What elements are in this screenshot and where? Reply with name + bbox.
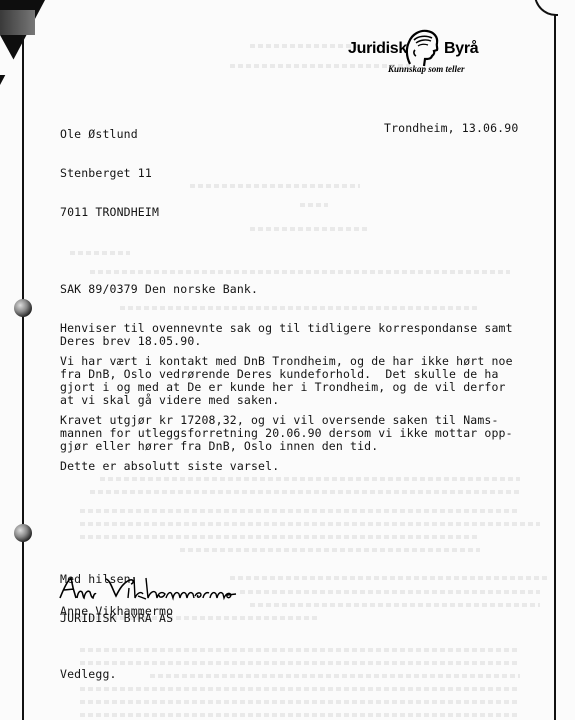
bleed-through-text [90, 490, 520, 494]
logo-brand-right: Byrå [444, 40, 478, 58]
bleed-through-text [80, 509, 520, 513]
bleed-through-text [300, 203, 328, 207]
bleed-through-text [250, 227, 370, 231]
bleed-through-text [100, 477, 520, 481]
body-paragraph: Dette er absolutt siste varsel. [60, 460, 279, 473]
place-date: Trondheim, 13.06.90 [384, 122, 518, 135]
bleed-through-text [80, 522, 540, 526]
bleed-through-text [80, 700, 520, 704]
punch-hole-icon [14, 299, 32, 317]
recipient-address: Ole Østlund Stenberget 11 7011 TRONDHEIM [60, 102, 159, 245]
body-paragraph: Kravet utgjør kr 17208,32, og vi vil ove… [60, 414, 513, 453]
bleed-through-text [240, 590, 540, 594]
bleed-through-text [120, 306, 480, 310]
bleed-through-text [90, 270, 510, 274]
punch-hole-icon [14, 524, 32, 542]
bleed-through-text [230, 576, 550, 580]
handwritten-signature: Anne Vikhammermo [58, 574, 238, 602]
scan-corner-edge [0, 35, 22, 75]
bleed-through-text [80, 661, 520, 665]
bleed-through-text [80, 535, 480, 539]
page-corner-curl [534, 0, 558, 16]
bleed-through-text [70, 251, 130, 255]
body-paragraph: Henviser til ovennevnte sak og til tidli… [60, 322, 513, 348]
bleed-through-text [180, 548, 480, 552]
bleed-through-text [80, 687, 520, 691]
recipient-name: Ole Østlund [60, 128, 159, 141]
body-paragraph: Vi har vært i kontakt med DnB Trondheim,… [60, 355, 513, 407]
page-left-edge [22, 35, 24, 720]
page-right-edge [554, 14, 556, 720]
head-profile-icon [400, 26, 442, 68]
case-subject: SAK 89/0379 Den norske Bank. [60, 283, 258, 296]
signer-name: Anne Vikhammermo [60, 605, 173, 618]
bleed-through-text [150, 674, 520, 678]
bleed-through-text [80, 713, 520, 717]
bleed-through-text [190, 184, 360, 188]
bleed-through-text [250, 44, 360, 48]
bleed-through-text [250, 603, 540, 607]
scan-corner-grey [0, 10, 35, 35]
recipient-street: Stenberget 11 [60, 167, 159, 180]
logo-brand-left: Juridisk [348, 40, 407, 58]
recipient-city: 7011 TRONDHEIM [60, 206, 159, 219]
company-logo: Juridisk Byrå Kunnskap som teller [348, 26, 478, 78]
scanned-letter-page: Juridisk Byrå Kunnskap som teller Ole Øs… [0, 0, 575, 720]
logo-tagline: Kunnskap som teller [388, 64, 465, 74]
attachment-label: Vedlegg. [60, 668, 117, 681]
